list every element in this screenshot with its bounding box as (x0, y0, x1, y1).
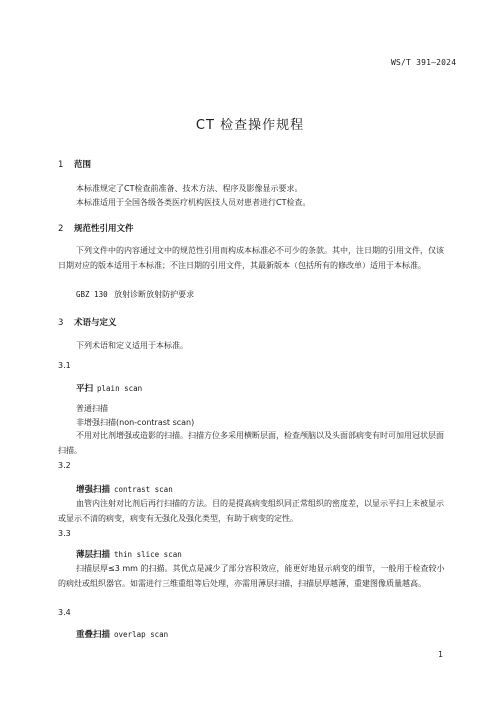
term-heading: 重叠扫描overlap scan (76, 628, 168, 640)
term-en: contrast scan (114, 485, 173, 494)
normative-reference: GBZ 130 放射诊断放射防护要求 (76, 288, 194, 302)
reference-code: GBZ 130 (76, 290, 108, 299)
section-title: 范围 (74, 160, 91, 170)
term-zh: 平扫 (76, 384, 93, 394)
section-3-heading: 3术语与定义 (58, 316, 117, 328)
section-title: 规范性引用文件 (74, 224, 134, 234)
section-number: 1 (58, 160, 74, 170)
paragraph: 下列文件中的内容通过文中的规范性引用而构成本标准必不可少的条款。其中，注日期的引… (58, 244, 450, 273)
term-synonym: 非增强扫描(non-contrast scan) (76, 416, 194, 430)
term-heading: 薄层扫描thin slice scan (76, 548, 182, 560)
term-zh: 重叠扫描 (76, 630, 110, 640)
paragraph: 本标准规定了CT检查前准备、技术方法、程序及影像显示要求。 (76, 182, 302, 196)
clause-number: 3.1 (58, 361, 71, 370)
standard-code: WS/T 391—2024 (391, 58, 456, 67)
term-definition: 不用对比剂增强或造影的扫描。扫描方位多采用横断层面，检查颅脑以及头面部病变有时可… (58, 429, 450, 458)
section-2-heading: 2规范性引用文件 (58, 222, 134, 234)
reference-title: 放射诊断放射防护要求 (114, 290, 194, 299)
term-zh: 增强扫描 (76, 485, 110, 495)
term-heading: 平扫plain scan (76, 382, 142, 394)
term-definition: 血管内注射对比剂后再行扫描的方法。目的是提高病变组织同正常组织的密度差，以显示平… (58, 497, 450, 526)
page-number: 1 (438, 650, 443, 659)
paragraph: 本标准适用于全国各级各类医疗机构医技人员对患者进行CT检查。 (76, 196, 310, 210)
term-synonym: 普通扫描 (76, 402, 108, 416)
term-heading: 增强扫描contrast scan (76, 483, 173, 495)
clause-number: 3.3 (58, 529, 71, 538)
document-title: CT 检查操作规程 (0, 114, 500, 133)
clause-number: 3.2 (58, 461, 71, 470)
term-en: thin slice scan (114, 550, 182, 559)
clause-number: 3.4 (58, 608, 71, 617)
section-number: 2 (58, 224, 74, 234)
term-en: overlap scan (114, 630, 168, 639)
term-zh: 薄层扫描 (76, 550, 110, 560)
paragraph: 下列术语和定义适用于本标准。 (76, 339, 188, 353)
section-1-heading: 1范围 (58, 158, 91, 170)
section-number: 3 (58, 318, 74, 328)
term-en: plain scan (97, 384, 142, 393)
term-definition: 扫描层厚≤3 mm 的扫描。其优点是减少了部分容积效应，能更好地显示病变的细节，… (58, 562, 450, 591)
section-title: 术语与定义 (74, 318, 117, 328)
